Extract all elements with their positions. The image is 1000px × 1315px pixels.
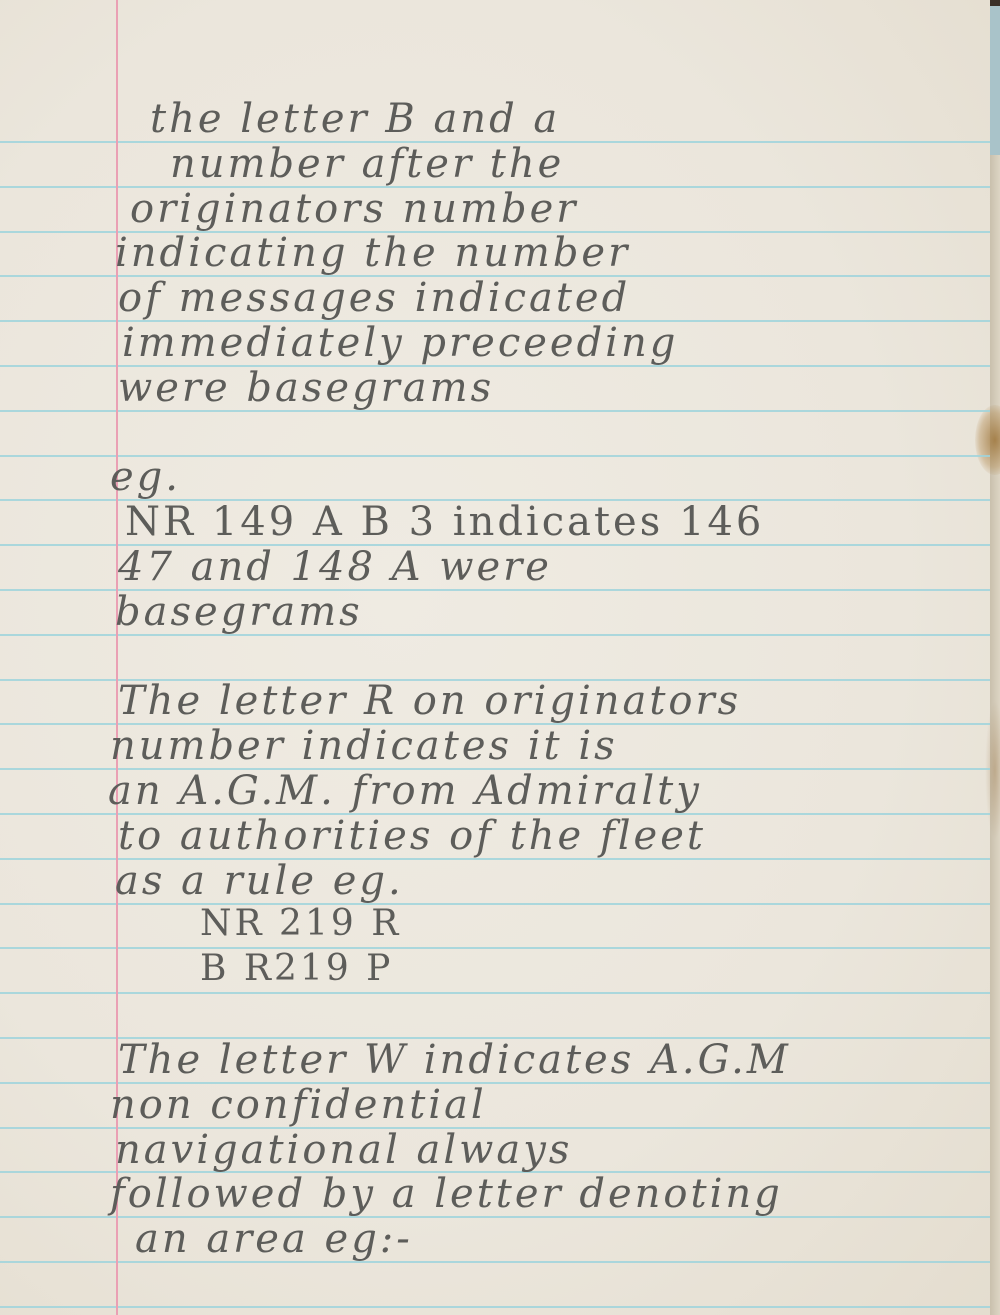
text-line: The letter W indicates A.G.M: [118, 1037, 791, 1083]
text-line: non confidential: [110, 1082, 487, 1128]
text-line: 47 and 148 A were: [118, 544, 552, 590]
text-line: immediately preceeding: [122, 320, 678, 366]
text-line: as a rule eg.: [115, 858, 404, 904]
paper-stain-faint: [985, 700, 1000, 840]
text-line: the letter B and a: [150, 96, 560, 142]
text-line: an area eg:-: [135, 1216, 413, 1262]
ruled-line: [0, 992, 990, 994]
text-line: to authorities of the fleet: [118, 813, 706, 859]
text-line: NR 149 A B 3 indicates 146: [125, 499, 764, 545]
page-edge-top: [990, 0, 1000, 155]
text-line: basegrams: [115, 589, 363, 635]
text-line: followed by a letter denoting: [110, 1171, 783, 1217]
text-line: navigational always: [115, 1127, 572, 1173]
text-line: number indicates it is: [110, 723, 618, 769]
text-line: indicating the number: [115, 230, 630, 276]
text-line: B R219 P: [200, 948, 393, 989]
text-line: originators number: [130, 186, 578, 232]
page-edge: [990, 0, 1000, 1315]
text-line: were basegrams: [118, 365, 494, 411]
text-line: eg.: [110, 454, 181, 500]
text-line: NR 219 R: [200, 903, 401, 944]
text-line: an A.G.M. from Admiralty: [108, 768, 702, 814]
text-line: The letter R on originators: [118, 678, 741, 724]
text-line: of messages indicated: [118, 275, 630, 321]
text-line: number after the: [170, 141, 564, 187]
ruled-line: [0, 1306, 990, 1308]
ruled-line: [0, 947, 990, 949]
